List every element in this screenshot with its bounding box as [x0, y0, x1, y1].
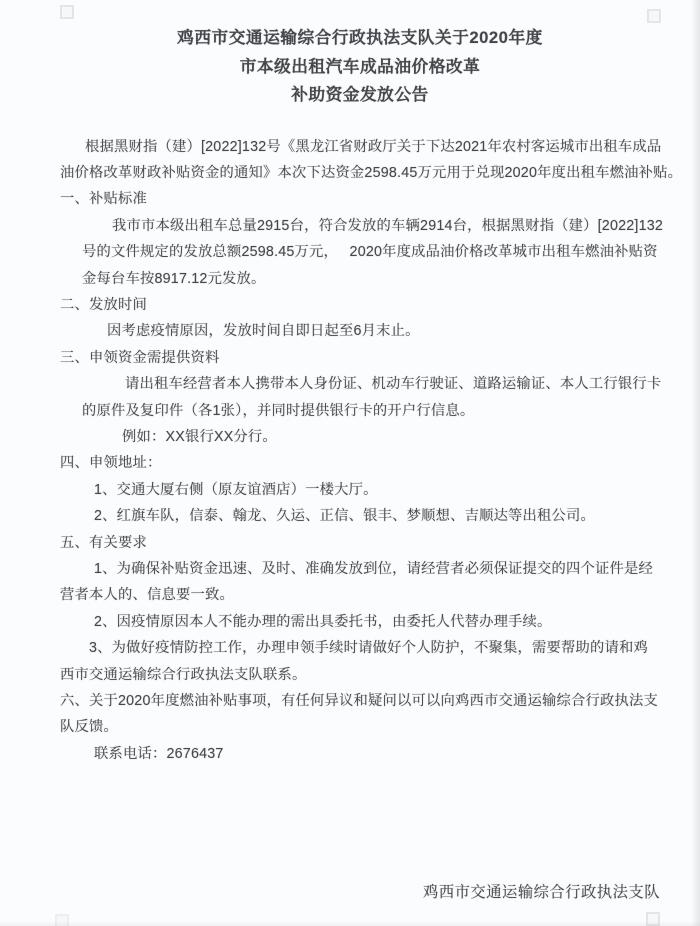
- scan-corner-mark-top-left: [60, 5, 74, 19]
- section-heading-4: 四、申领地址：: [60, 450, 660, 476]
- section-2-line: 因考虑疫情原因，发放时间自即日起至6月末止。: [107, 318, 660, 344]
- section-1-line: 我市市本级出租车总量2915台，符合发放的车辆2914台，根据黑财指（建）[20…: [112, 213, 660, 239]
- section-4-line: 1、交通大厦右侧（原友谊酒店）一楼大厅。: [94, 477, 660, 503]
- scan-edge-shadow-bottom: [0, 921, 700, 926]
- section-heading-2: 二、发放时间: [60, 292, 660, 318]
- section-5-line: 3、为做好疫情防控工作，办理申领手续时请做好个人防护，不聚集，需要帮助的请和鸡: [89, 635, 660, 661]
- document-body: 根据黑财指（建）[2022]132号《黑龙江省财政厅关于下达2021年农村客运城…: [60, 134, 660, 768]
- title-line-2: 市本级出租汽车成品油价格改革: [60, 53, 660, 82]
- section-heading-1: 一、补贴标准: [60, 186, 660, 212]
- section-3-line: 例如：XX银行XX分行。: [122, 424, 660, 450]
- section-3-line: 的原件及复印件（各1张），并同时提供银行卡的开户行信息。: [82, 398, 660, 424]
- intro-line: 油价格改革财政补贴资金的通知》本次下达资金2598.45万元用于兑现2020年度…: [60, 160, 660, 186]
- title-line-1: 鸡西市交通运输综合行政执法支队关于2020年度: [60, 24, 660, 53]
- intro-line: 根据黑财指（建）[2022]132号《黑龙江省财政厅关于下达2021年农村客运城…: [85, 134, 660, 160]
- scanned-notice-page: 鸡西市交通运输综合行政执法支队关于2020年度 市本级出租汽车成品油价格改革 补…: [0, 0, 700, 926]
- document-title: 鸡西市交通运输综合行政执法支队关于2020年度 市本级出租汽车成品油价格改革 补…: [60, 24, 660, 110]
- section-4-line: 2、红旗车队，信泰、翰龙、久运、正信、银丰、梦顺想、吉顺达等出租公司。: [94, 503, 660, 529]
- signature-issuer: 鸡西市交通运输综合行政执法支队: [423, 880, 660, 902]
- section-3-line: 请出租车经营者本人携带本人身份证、机动车行驶证、道路运输证、本人工行银行卡: [125, 371, 660, 397]
- section-heading-5: 五、有关要求: [60, 530, 660, 556]
- section-1-line: 号的文件规定的发放总额2598.45万元， 2020年度成品油价格改革城市出租车…: [82, 239, 660, 265]
- section-1-line: 金每台车按8917.12元发放。: [82, 266, 660, 292]
- section-5-line: 营者本人的、信息要一致。: [60, 582, 660, 608]
- section-5-line: 2、因疫情原因本人不能办理的需出具委托书，由委托人代替办理手续。: [94, 609, 660, 635]
- section-6-line: 队反馈。: [60, 714, 660, 740]
- title-line-3: 补助资金发放公告: [60, 81, 660, 110]
- section-heading-6: 六、关于2020年度燃油补贴事项，有任何异议和疑问以可以向鸡西市交通运输综合行政…: [60, 688, 660, 714]
- scan-corner-mark-top-right: [647, 9, 661, 23]
- section-5-line: 1、为确保补贴资金迅速、及时、准确发放到位，请经营者必须保证提交的四个证件是经: [94, 556, 660, 582]
- contact-phone-line: 联系电话：2676437: [94, 741, 660, 767]
- section-5-line: 西市交通运输综合行政执法支队联系。: [60, 662, 660, 688]
- document-content: 鸡西市交通运输综合行政执法支队关于2020年度 市本级出租汽车成品油价格改革 补…: [60, 24, 660, 767]
- scan-edge-shadow-right: [691, 0, 700, 926]
- section-heading-3: 三、申领资金需提供资料: [60, 345, 660, 371]
